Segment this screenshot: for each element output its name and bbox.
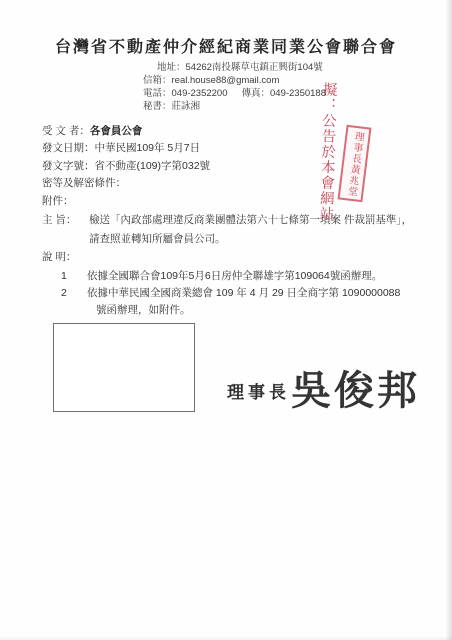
- name-seal-stamp: 理事長黃兆堂: [338, 125, 372, 202]
- field-label: 附件：: [42, 195, 74, 207]
- item-line: 號函辦理，如附件。: [87, 302, 417, 319]
- field-label: 發文日期：: [42, 142, 95, 154]
- field-attachment: 附件：: [42, 193, 210, 210]
- contact-block: 地址：54262南投縣草屯鎮正興街104號 信箱：real.house88@gm…: [143, 61, 326, 113]
- explanation-label: 說 明：: [42, 249, 76, 264]
- contact-fax: 傳真：049-2350188: [242, 88, 327, 99]
- field-issue-date: 發文日期：中華民國109年 5月7日: [42, 140, 210, 157]
- field-label: 受 文 者：: [42, 125, 90, 137]
- item-number: 2: [61, 285, 87, 319]
- field-value: 中華民國109年 5月7日: [95, 142, 201, 154]
- item-text: 依據中華民國全國商業總會 109 年 4 月 29 日全商字第 10900000…: [87, 285, 417, 319]
- explanation-items: 1 依據全國聯合會109年5月6日房仲全聯雄字第109064號函辦理。 2 依據…: [61, 268, 417, 320]
- subject-body: 檢送「內政部處理違反商業團體法第六十七條第一項案 件裁罰基準」， 請查照並轉知所…: [89, 211, 419, 248]
- item-line: 依據全國聯合會109年5月6日房仲全聯雄字第109064號函辦理。: [87, 268, 417, 285]
- subject-line: 檢送「內政部處理違反商業團體法第六十七條第一項案 件裁罰基準」，: [89, 211, 419, 230]
- field-value: 各會員公會: [90, 125, 143, 137]
- letter-fields: 受 文 者：各會員公會 發文日期：中華民國109年 5月7日 發文字號：省不動產…: [42, 123, 210, 210]
- field-label: 密等及解密條件：: [42, 177, 126, 189]
- contact-email: 信箱：real.house88@gmail.com: [143, 74, 326, 87]
- explanation-item-1: 1 依據全國聯合會109年5月6日房仲全聯雄字第109064號函辦理。: [61, 268, 417, 285]
- contact-phone: 電話：049-2352200: [143, 88, 228, 99]
- contact-secretary: 秘書：莊詠湘: [143, 100, 326, 113]
- subject-line: 請查照並轉知所屬會員公司。: [89, 230, 419, 249]
- item-line: 依據中華民國全國商業總會 109 年 4 月 29 日全商字第 10900000…: [87, 285, 417, 302]
- contact-phone-fax: 電話：049-2352200傳真：049-2350188: [143, 87, 326, 100]
- field-value: 省不動產(109)字第032號: [95, 160, 211, 172]
- scan-shadow-bottom: [0, 636, 452, 640]
- field-recipient: 受 文 者：各會員公會: [42, 123, 210, 140]
- signature-title: 理事長: [227, 378, 290, 403]
- field-label: 發文字號：: [42, 160, 95, 172]
- document-page: 台灣省不動產仲介經紀商業同業公會聯合會 地址：54262南投縣草屯鎮正興街104…: [0, 0, 452, 640]
- name-seal-text: 理事長黃兆堂: [343, 130, 366, 197]
- explanation-item-2: 2 依據中華民國全國商業總會 109 年 4 月 29 日全商字第 109000…: [61, 285, 417, 319]
- field-security: 密等及解密條件：: [42, 175, 210, 192]
- subject-section: 主 旨： 檢送「內政部處理違反商業團體法第六十七條第一項案 件裁罰基準」， 請查…: [42, 211, 419, 248]
- field-doc-number: 發文字號：省不動產(109)字第032號: [42, 158, 210, 175]
- item-text: 依據全國聯合會109年5月6日房仲全聯雄字第109064號函辦理。: [87, 268, 417, 285]
- scan-shadow-right: [445, 0, 452, 640]
- org-title: 台灣省不動產仲介經紀商業同業公會聯合會: [0, 34, 452, 57]
- blank-stamp-box: [53, 323, 195, 412]
- subject-label: 主 旨：: [42, 211, 89, 248]
- handwritten-note: 擬：公告於本會網站: [315, 82, 340, 230]
- contact-address: 地址：54262南投縣草屯鎮正興街104號: [143, 61, 326, 74]
- item-number: 1: [61, 268, 87, 285]
- signature-name: 吳俊邦: [291, 359, 420, 416]
